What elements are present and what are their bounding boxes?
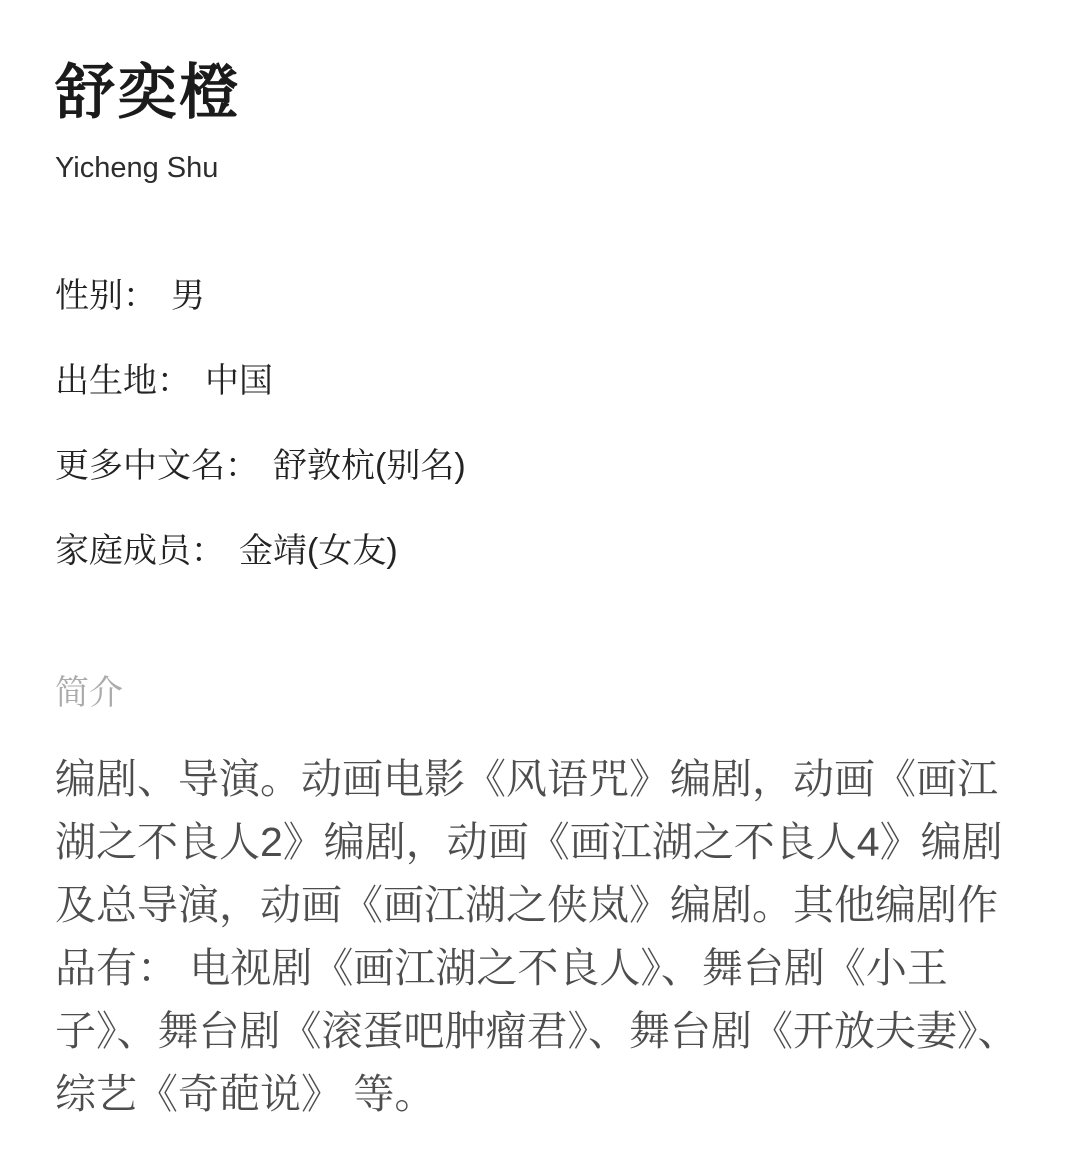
info-label-gender: 性别： bbox=[55, 277, 157, 315]
info-row-gender: 性别：男 bbox=[55, 276, 1032, 317]
intro-text: 编剧、导演。动画电影《风语咒》编剧，动画《画江湖之不良人2》编剧，动画《画江湖之… bbox=[55, 748, 1032, 1126]
info-row-birthplace: 出生地：中国 bbox=[55, 361, 1032, 402]
info-list: 性别：男 出生地：中国 更多中文名：舒敦杭(别名) 家庭成员：金靖(女友) bbox=[55, 276, 1032, 571]
profile-page: 舒奕橙 Yicheng Shu 性别：男 出生地：中国 更多中文名：舒敦杭(别名… bbox=[0, 0, 1080, 1126]
info-label-birthplace: 出生地： bbox=[55, 362, 191, 400]
info-row-alias: 更多中文名：舒敦杭(别名) bbox=[55, 446, 1032, 487]
info-value-alias: 舒敦杭(别名) bbox=[273, 447, 466, 485]
section-heading-intro: 简介 bbox=[55, 671, 1032, 715]
info-value-birthplace: 中国 bbox=[205, 362, 273, 400]
page-subtitle: Yicheng Shu bbox=[55, 149, 1032, 188]
page-title: 舒奕橙 bbox=[55, 58, 1032, 127]
info-value-family: 金靖(女友) bbox=[239, 532, 398, 570]
info-row-family: 家庭成员：金靖(女友) bbox=[55, 531, 1032, 572]
info-label-alias: 更多中文名： bbox=[55, 447, 259, 485]
info-value-gender: 男 bbox=[171, 277, 205, 315]
info-label-family: 家庭成员： bbox=[55, 532, 225, 570]
